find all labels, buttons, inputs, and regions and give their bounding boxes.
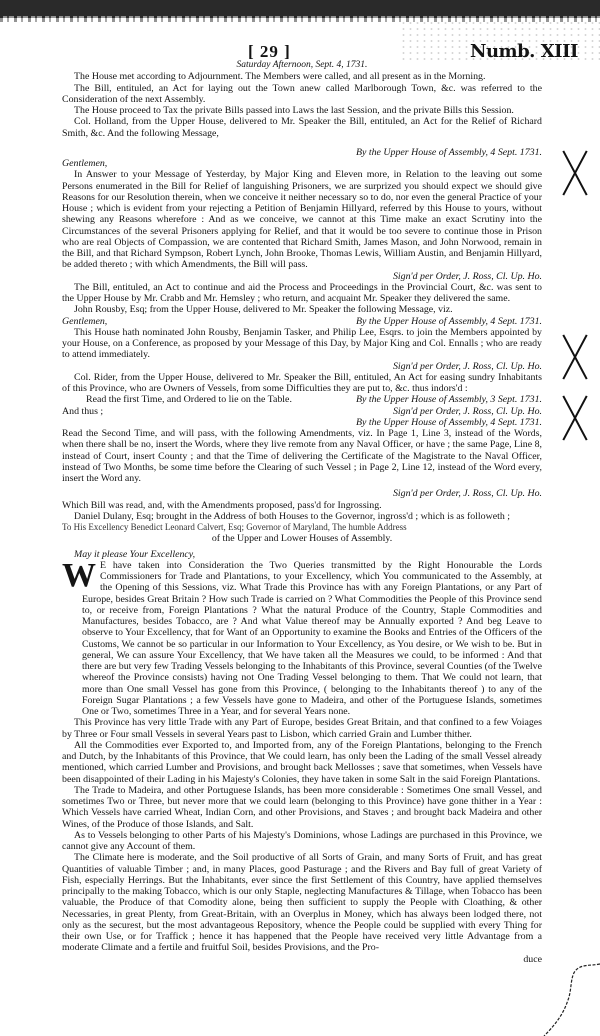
session-heading: Saturday Afternoon, Sept. 4, 1731.: [62, 60, 542, 71]
margin-x-mark: [562, 395, 588, 441]
paragraph: The House met according to Adjournment. …: [62, 71, 542, 82]
message-dateline: By the Upper House of Assembly, 4 Sept. …: [62, 147, 542, 158]
paragraph: Daniel Dulany, Esq; brought in the Addre…: [62, 511, 542, 522]
address-heading: of the Upper and Lower Houses of Assembl…: [62, 533, 542, 544]
drop-cap: W: [62, 562, 96, 590]
journal-page: [ 29 ] Numb. XIII Saturday Afternoon, Se…: [0, 0, 600, 1036]
endorsement-text: Read the Second Time, and will pass, wit…: [62, 428, 542, 484]
paragraph: Which Bill was read, and, with the Amend…: [62, 500, 542, 511]
message-text: In Answer to your Message of Yesterday, …: [62, 169, 542, 270]
paragraph: The Bill, entituled, an Act to continue …: [62, 282, 542, 305]
address-paragraph: The Climate here is moderate, and the So…: [62, 852, 542, 953]
page-number: [ 29 ]: [248, 42, 291, 62]
endorsement-signature: Sign'd per Order, J. Ross, Cl. Up. Ho.: [62, 488, 542, 499]
and-thus: And thus ;: [62, 406, 103, 417]
margin-x-mark: [562, 150, 588, 196]
page-body: Saturday Afternoon, Sept. 4, 1731. The H…: [62, 60, 542, 965]
address-paragraph: The Trade to Madeira, and other Portugue…: [62, 785, 542, 830]
message-signature: Sign'd per Order, J. Ross, Cl. Up. Ho.: [62, 271, 542, 282]
torn-edge-line: [540, 960, 600, 1036]
address-paragraph: This Province has very little Trade with…: [62, 717, 542, 740]
message-dateline: By the Upper House of Assembly, 4 Sept. …: [356, 316, 542, 327]
address-salutation: May it please Your Excellency,: [62, 549, 542, 560]
endorsement-dateline: By the Upper House of Assembly, 4 Sept. …: [62, 417, 542, 428]
message-signature: Sign'd per Order, J. Ross, Cl. Up. Ho.: [62, 361, 542, 372]
address-paragraph: All the Commodities ever Exported to, an…: [62, 740, 542, 785]
message-salutation: Gentlemen,: [62, 316, 107, 327]
paragraph: Col. Holland, from the Upper House, deli…: [62, 116, 542, 139]
message-salutation: Gentlemen,: [62, 158, 542, 169]
paragraph: The Bill, entituled, an Act for laying o…: [62, 83, 542, 106]
catchword: duce: [62, 954, 542, 965]
message-text: This House hath nominated John Rousby, B…: [62, 327, 542, 361]
paragraph: The House proceed to Tax the private Bil…: [62, 105, 542, 116]
address-heading: To His Excellency Benedict Leonard Calve…: [62, 522, 542, 533]
paragraph: John Rousby, Esq; from the Upper House, …: [62, 304, 542, 315]
paragraph: Col. Rider, from the Upper House, delive…: [62, 372, 542, 395]
endorsement-dateline: By the Upper House of Assembly, 3 Sept. …: [356, 394, 542, 405]
endorsement-signature: Sign'd per Order, J. Ross, Cl. Up. Ho.: [393, 406, 542, 417]
address-paragraph: As to Vessels belonging to other Parts o…: [62, 830, 542, 853]
address-paragraph: WE have taken into Consideration the Two…: [62, 560, 542, 718]
endorsement-text: Read the first Time, and Ordered to lie …: [62, 394, 292, 405]
margin-x-mark: [562, 334, 588, 380]
issue-number: Numb. XIII: [470, 41, 578, 62]
